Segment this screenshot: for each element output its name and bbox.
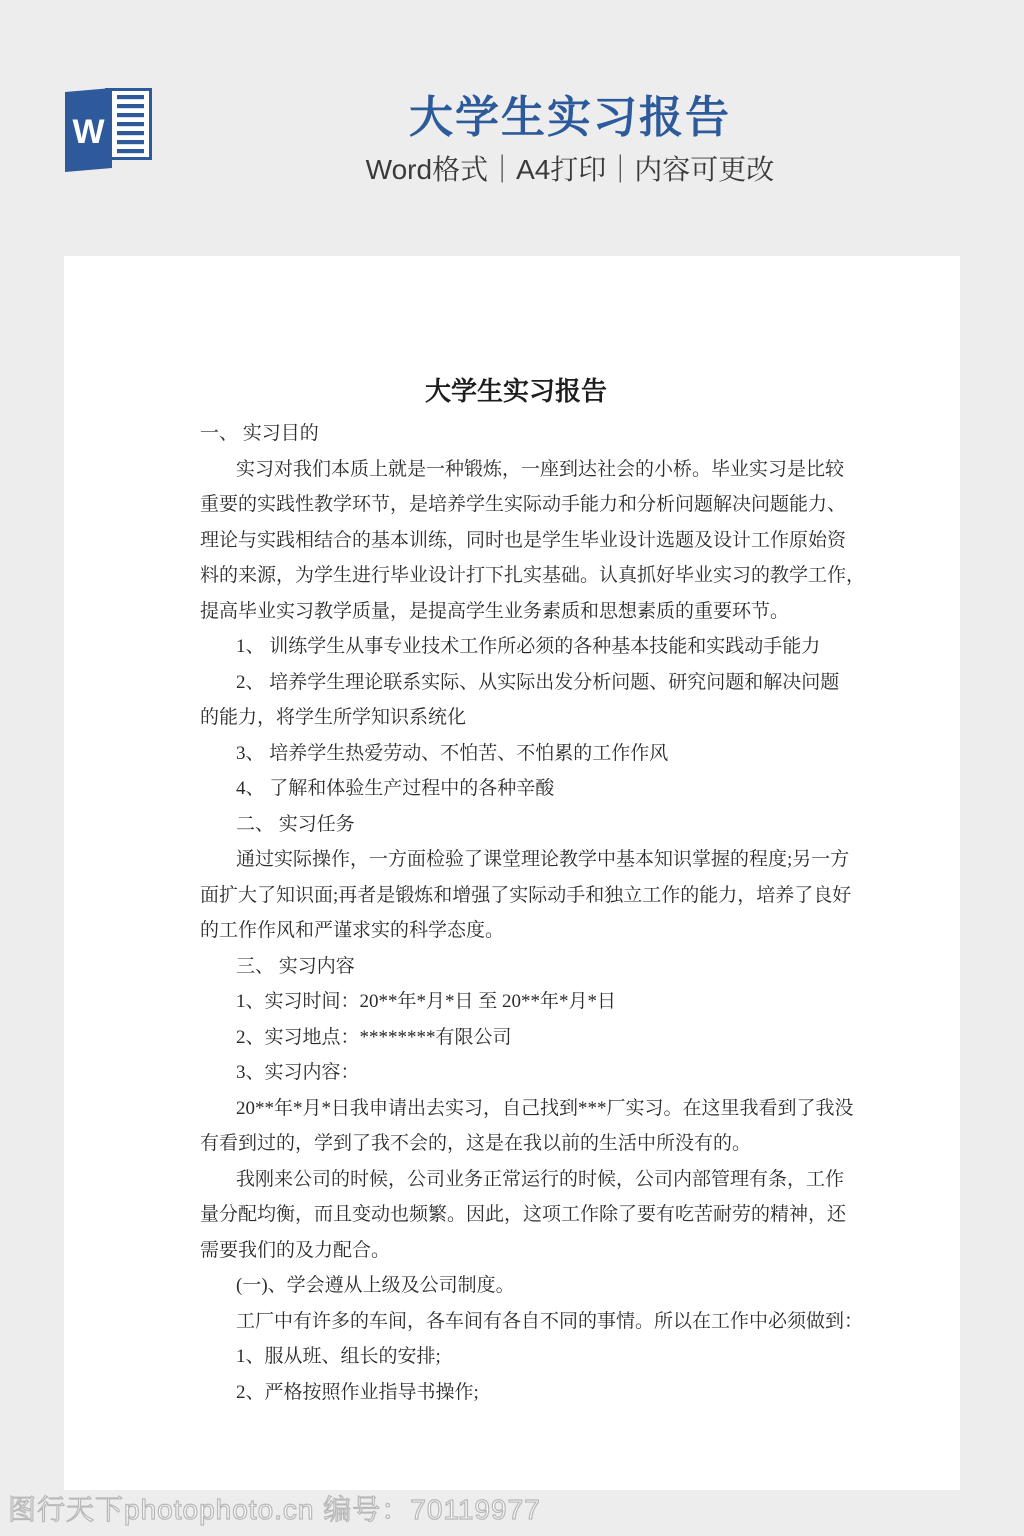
word-logo-icon: W	[65, 88, 153, 172]
doc-line: 二、 实习任务	[200, 807, 840, 843]
header-title: 大学生实习报告	[300, 94, 840, 142]
document-body: 一、 实习目的实习对我们本质上就是一种锻炼，一座到达社会的小桥。毕业实习是比较重…	[64, 416, 960, 1410]
doc-line: 量分配均衡，而且变动也频繁。因此，这项工作除了要有吃苦耐劳的精神，还	[200, 1197, 840, 1233]
doc-line: 2、实习地点：********有限公司	[200, 1020, 840, 1056]
doc-line: 理论与实践相结合的基本训练，同时也是学生毕业设计选题及设计工作原始资	[200, 523, 840, 559]
watermark-text: 图行天下photophoto.cn 编号：70119977	[8, 1488, 541, 1528]
doc-line: 1、 训练学生从事专业技术工作所必须的各种基本技能和实践动手能力	[200, 629, 840, 665]
doc-line: 3、实习内容：	[200, 1055, 840, 1091]
doc-line: 1、实习时间：20**年*月*日 至 20**年*月*日	[200, 984, 840, 1020]
doc-line: 重要的实践性教学环节，是培养学生实际动手能力和分析问题解决问题能力、	[200, 487, 840, 523]
word-icon-letter: W	[72, 113, 105, 151]
doc-line: 提高毕业实习教学质量，是提高学生业务素质和思想素质的重要环节。	[200, 594, 840, 630]
doc-line: 料的来源，为学生进行毕业设计打下扎实基础。认真抓好毕业实习的教学工作，	[200, 558, 840, 594]
doc-line: 工厂中有许多的车间，各车间有各自不同的事情。所以在工作中必须做到：	[200, 1304, 840, 1340]
doc-line: 4、 了解和体验生产过程中的各种辛酸	[200, 771, 840, 807]
doc-line: 实习对我们本质上就是一种锻炼，一座到达社会的小桥。毕业实习是比较	[200, 452, 840, 488]
header-text-block: 大学生实习报告 Word格式｜A4打印｜内容可更改	[300, 94, 840, 186]
header-subtitle: Word格式｜A4打印｜内容可更改	[300, 154, 840, 186]
doc-line: 20**年*月*日我申请出去实习，自己找到***厂实习。在这里我看到了我没	[200, 1091, 840, 1127]
doc-line: 我刚来公司的时候，公司业务正常运行的时候，公司内部管理有条，工作	[200, 1162, 840, 1198]
document-page: 大学生实习报告 一、 实习目的实习对我们本质上就是一种锻炼，一座到达社会的小桥。…	[64, 256, 960, 1490]
doc-line: 1、服从班、组长的安排;	[200, 1339, 840, 1375]
doc-line: 通过实际操作，一方面检验了课堂理论教学中基本知识掌握的程度;另一方	[200, 842, 840, 878]
doc-line: 三、 实习内容	[200, 949, 840, 985]
doc-line: (一)、学会遵从上级及公司制度。	[200, 1268, 840, 1304]
doc-line: 3、 培养学生热爱劳动、不怕苦、不怕累的工作作风	[200, 736, 840, 772]
word-logo-svg: W	[65, 88, 153, 172]
doc-line: 有看到过的，学到了我不会的，这是在我以前的生活中所没有的。	[200, 1126, 840, 1162]
doc-line: 的能力，将学生所学知识系统化	[200, 700, 840, 736]
doc-line: 面扩大了知识面;再者是锻炼和增强了实际动手和独立工作的能力，培养了良好	[200, 878, 840, 914]
document-title: 大学生实习报告	[64, 376, 960, 408]
doc-line: 2、严格按照作业指导书操作;	[200, 1375, 840, 1411]
doc-line: 需要我们的及力配合。	[200, 1233, 840, 1269]
doc-line: 一、 实习目的	[200, 416, 840, 452]
header: W 大学生实习报告 Word格式｜A4打印｜内容可更改	[0, 0, 1024, 256]
doc-line: 2、 培养学生理论联系实际、从实际出发分析问题、研究问题和解决问题	[200, 665, 840, 701]
doc-line: 的工作作风和严谨求实的科学态度。	[200, 913, 840, 949]
